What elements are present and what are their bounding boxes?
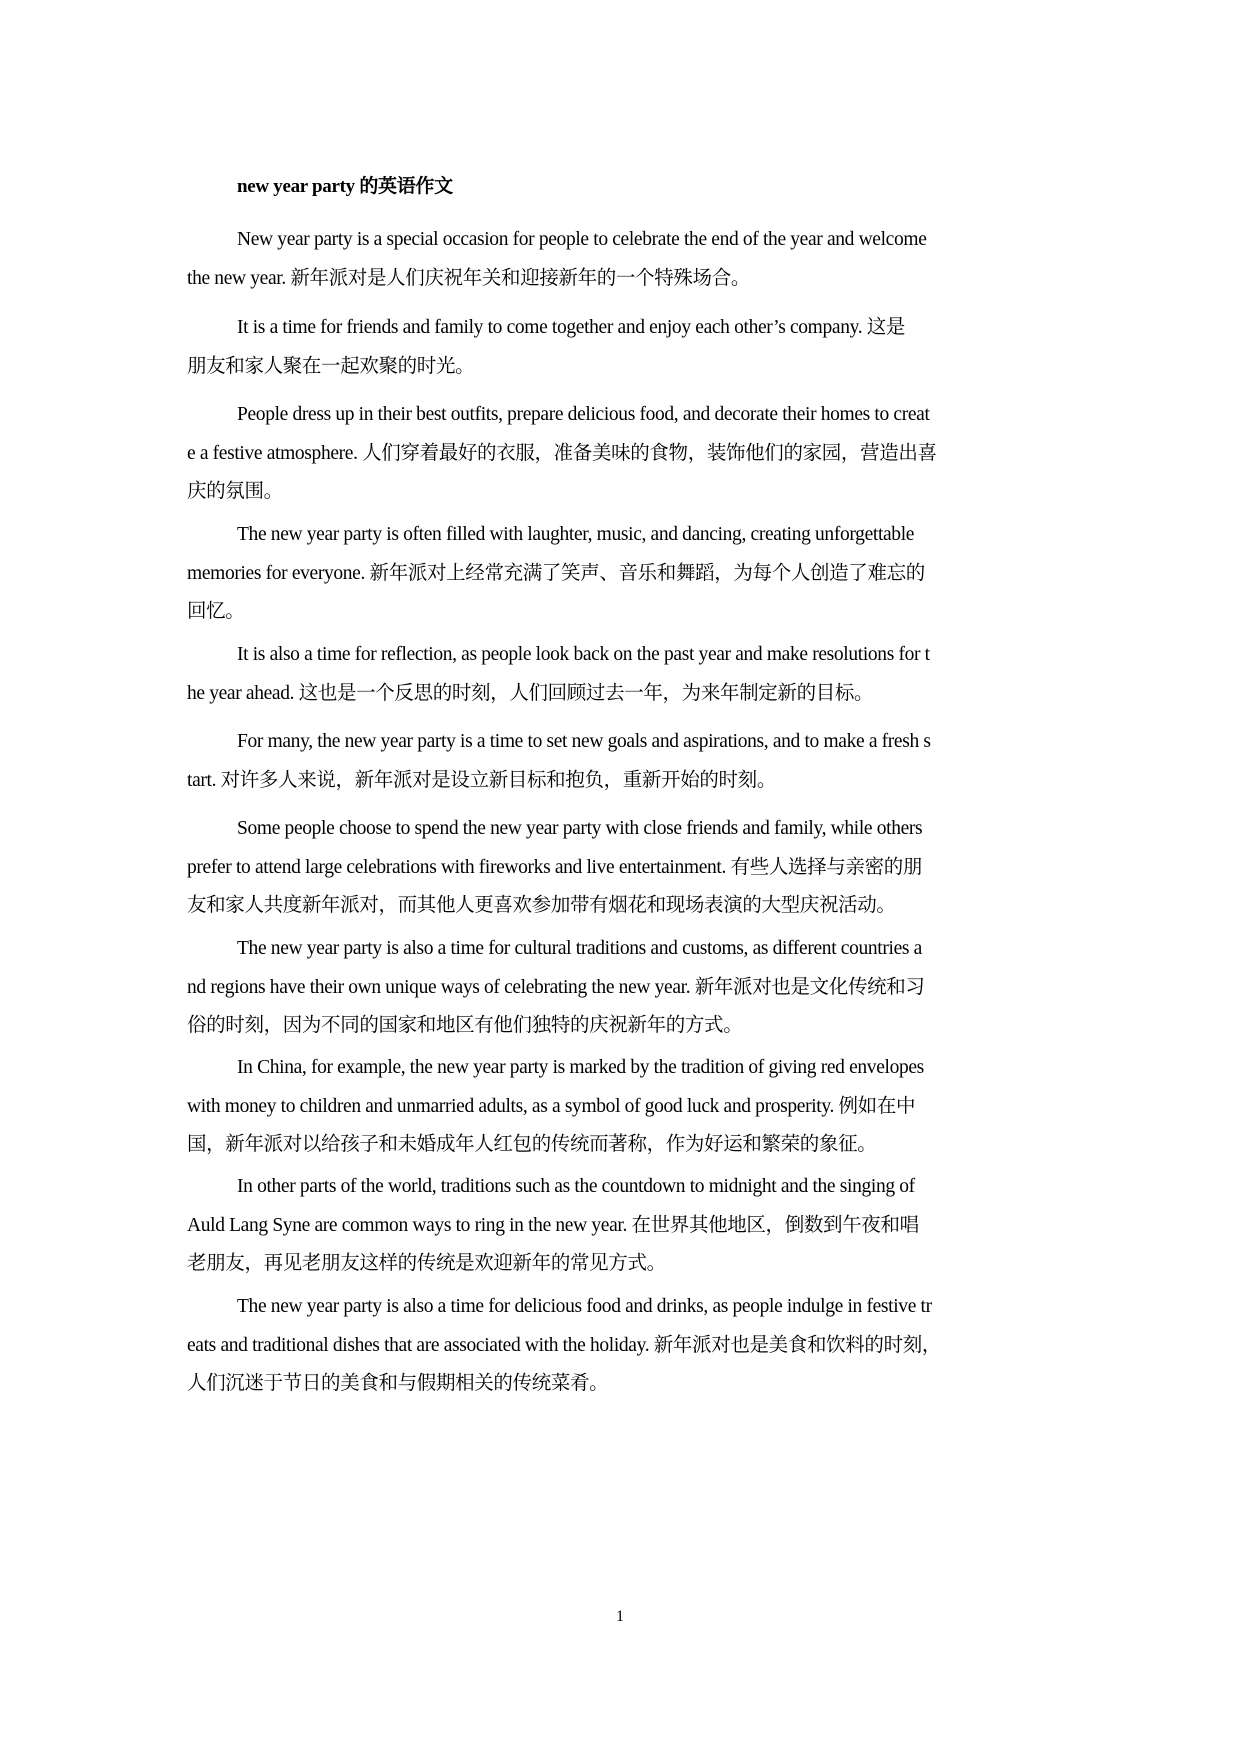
paragraph-line: Auld Lang Syne are common ways to ring i… <box>187 1207 1057 1246</box>
paragraph-line: 庆的氛围。 <box>187 473 1057 512</box>
paragraph-line: prefer to attend large celebrations with… <box>187 849 1057 888</box>
paragraph-line: In other parts of the world, traditions … <box>187 1168 1057 1207</box>
paragraph-line: eats and traditional dishes that are ass… <box>187 1327 1057 1366</box>
paragraph-line: 人们沉迷于节日的美食和与假期相关的传统菜肴。 <box>187 1365 1057 1404</box>
paragraph-line: e a festive atmosphere. 人们穿着最好的衣服，准备美味的食… <box>187 435 1057 474</box>
paragraph-8: The new year party is also a time for cu… <box>187 930 1057 1046</box>
paragraph-line: It is a time for friends and family to c… <box>187 309 1057 348</box>
paragraph-4: The new year party is often filled with … <box>187 516 1057 632</box>
document-title: new year party 的英语作文 <box>237 171 453 198</box>
paragraph-line: 老朋友，再见老朋友这样的传统是欢迎新年的常见方式。 <box>187 1245 1057 1284</box>
paragraph-11: The new year party is also a time for de… <box>187 1288 1057 1404</box>
paragraph-10: In other parts of the world, traditions … <box>187 1168 1057 1284</box>
paragraph-line: The new year party is also a time for de… <box>187 1288 1057 1327</box>
paragraph-line: with money to children and unmarried adu… <box>187 1088 1057 1127</box>
paragraph-line: 友和家人共度新年派对，而其他人更喜欢参加带有烟花和现场表演的大型庆祝活动。 <box>187 887 1057 926</box>
paragraph-line: tart. 对许多人来说，新年派对是设立新目标和抱负，重新开始的时刻。 <box>187 762 1057 801</box>
paragraph-line: In China, for example, the new year part… <box>187 1049 1057 1088</box>
paragraph-line: 国，新年派对以给孩子和未婚成年人红包的传统而著称，作为好运和繁荣的象征。 <box>187 1126 1057 1165</box>
page-number: 1 <box>0 1608 1240 1626</box>
paragraph-3: People dress up in their best outfits, p… <box>187 396 1057 512</box>
paragraph-line: New year party is a special occasion for… <box>187 221 1057 260</box>
paragraph-line: 俗的时刻，因为不同的国家和地区有他们独特的庆祝新年的方式。 <box>187 1007 1057 1046</box>
paragraph-line: the new year. 新年派对是人们庆祝年关和迎接新年的一个特殊场合。 <box>187 260 1057 299</box>
paragraph-line: he year ahead. 这也是一个反思的时刻，人们回顾过去一年，为来年制定… <box>187 675 1057 714</box>
paragraph-7: Some people choose to spend the new year… <box>187 810 1057 926</box>
paragraph-line: For many, the new year party is a time t… <box>187 723 1057 762</box>
paragraph-line: It is also a time for reflection, as peo… <box>187 636 1057 675</box>
paragraph-line: The new year party is also a time for cu… <box>187 930 1057 969</box>
paragraph-6: For many, the new year party is a time t… <box>187 723 1057 800</box>
paragraph-line: The new year party is often filled with … <box>187 516 1057 555</box>
document-page: new year party 的英语作文 New year party is a… <box>0 0 1240 1754</box>
paragraph-2: It is a time for friends and family to c… <box>187 309 1057 386</box>
paragraph-line: People dress up in their best outfits, p… <box>187 396 1057 435</box>
paragraph-line: 回忆。 <box>187 593 1057 632</box>
paragraph-9: In China, for example, the new year part… <box>187 1049 1057 1165</box>
paragraph-line: Some people choose to spend the new year… <box>187 810 1057 849</box>
paragraph-line: 朋友和家人聚在一起欢聚的时光。 <box>187 348 1057 387</box>
paragraph-line: memories for everyone. 新年派对上经常充满了笑声、音乐和舞… <box>187 555 1057 594</box>
paragraph-line: nd regions have their own unique ways of… <box>187 969 1057 1008</box>
paragraph-1: New year party is a special occasion for… <box>187 221 1057 298</box>
paragraph-5: It is also a time for reflection, as peo… <box>187 636 1057 713</box>
